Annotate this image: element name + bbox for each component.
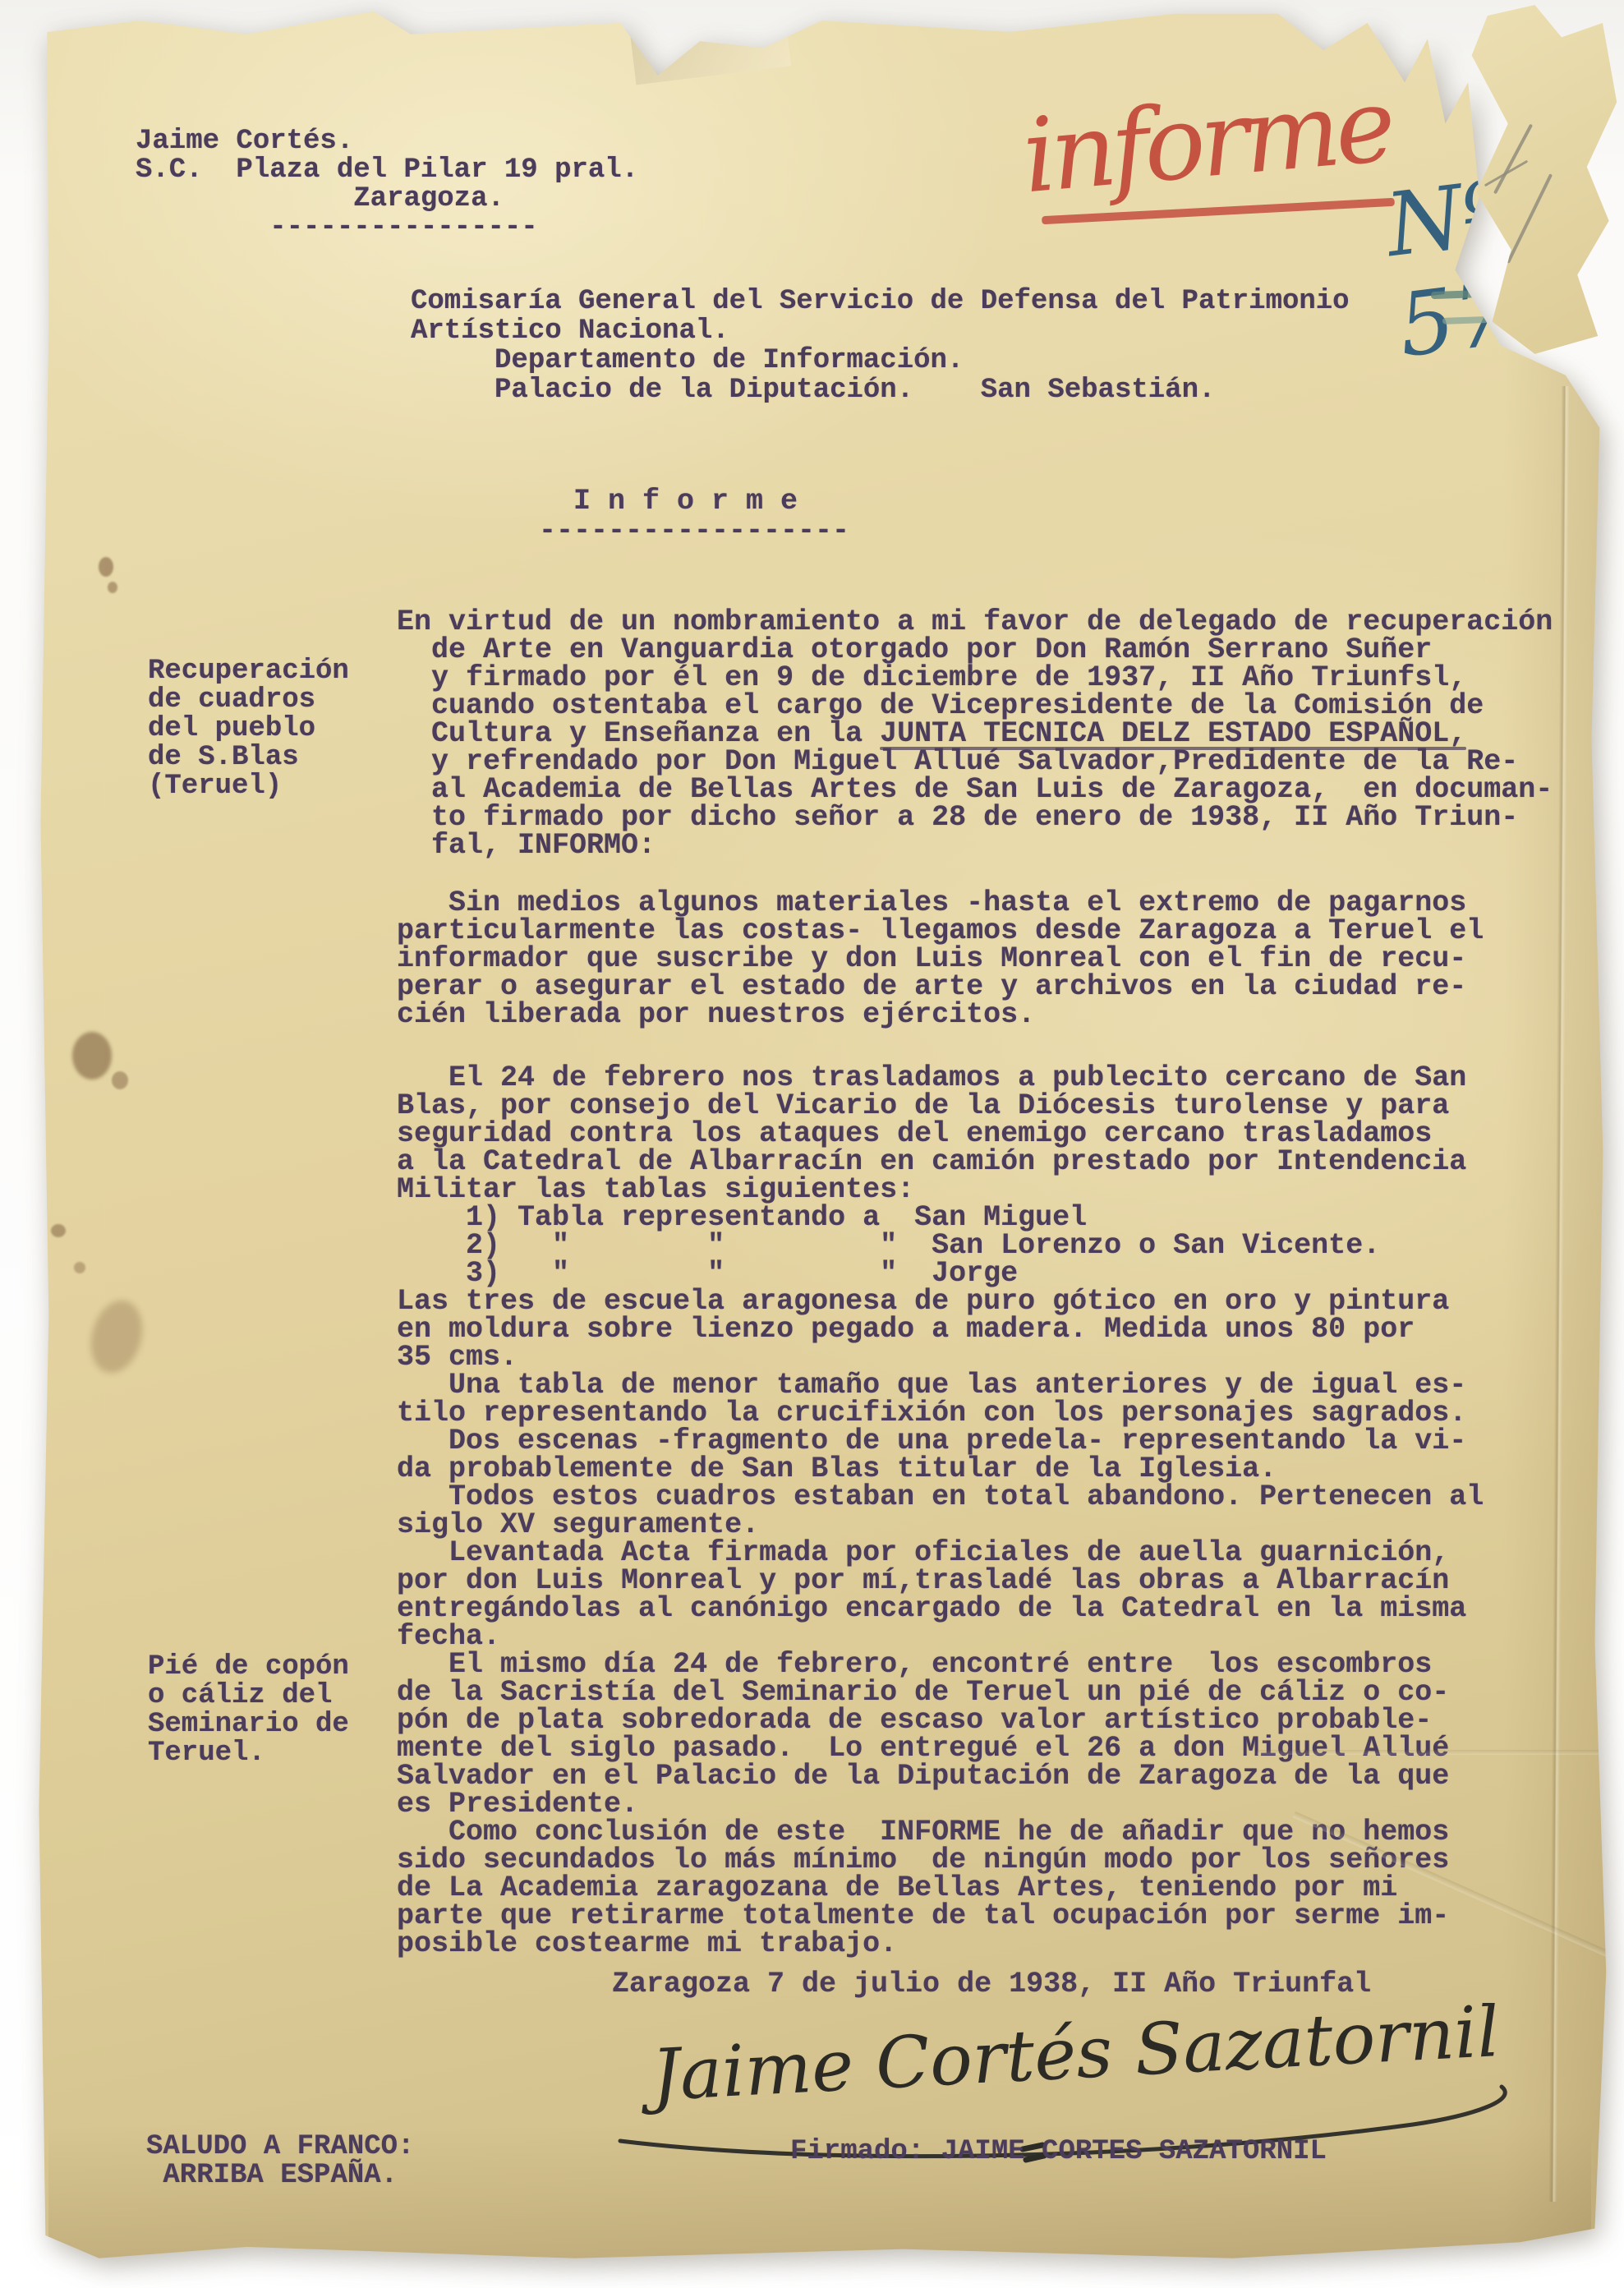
ink-stain bbox=[51, 1224, 66, 1237]
body-paragraph-2: Sin medios algunos materiales -hasta el … bbox=[397, 889, 1484, 1029]
scanned-document-canvas: Jaime Cortés. S.C. Plaza del Pilar 19 pr… bbox=[0, 0, 1624, 2288]
junta-tecnica-underline bbox=[880, 747, 1466, 750]
recipient-address-block: Comisaría General del Servicio de Defens… bbox=[411, 287, 1350, 405]
handwritten-informe-annotation: informe bbox=[1019, 67, 1396, 217]
paper-edge-shading-right bbox=[1468, 274, 1608, 2242]
smudge-stain bbox=[83, 1295, 150, 1379]
body-paragraph-3: El 24 de febrero nos trasladamos a puble… bbox=[397, 1064, 1484, 1958]
ink-stain bbox=[112, 1071, 128, 1089]
ink-stain bbox=[108, 582, 117, 593]
signed-name-label: Firmado: JAIME CORTES SAZATORNIL bbox=[790, 2138, 1327, 2166]
signature-script-text: Jaime Cortés Sazatornil bbox=[637, 2003, 1502, 2118]
paper-sheet: Jaime Cortés. S.C. Plaza del Pilar 19 pr… bbox=[0, 0, 1624, 2288]
top-fold-mark bbox=[630, 14, 791, 85]
paper-shadow-wrap: Jaime Cortés. S.C. Plaza del Pilar 19 pr… bbox=[0, 0, 1624, 2288]
sender-address-block: Jaime Cortés. S.C. Plaza del Pilar 19 pr… bbox=[136, 127, 638, 242]
document-title: I n f o r m e ------------------ bbox=[539, 486, 849, 546]
ink-stain bbox=[72, 1032, 112, 1080]
ink-stain bbox=[99, 557, 113, 577]
dateline: Zaragoza 7 de julio de 1938, II Año Triu… bbox=[612, 1970, 1371, 1998]
body-paragraph-1: En virtud de un nombramiento a mi favor … bbox=[397, 608, 1553, 859]
ink-stain bbox=[74, 1262, 85, 1273]
margin-note-pie-de-copon: Pié de copón o cáliz del Seminario de Te… bbox=[148, 1653, 349, 1768]
margin-note-recuperacion: Recuperación de cuadros del pueblo de S.… bbox=[148, 657, 349, 801]
pencil-mark bbox=[1484, 160, 1528, 187]
pencil-mark bbox=[1507, 173, 1553, 264]
salute-block: SALUDO A FRANCO: ARRIBA ESPAÑA. bbox=[146, 2133, 414, 2190]
